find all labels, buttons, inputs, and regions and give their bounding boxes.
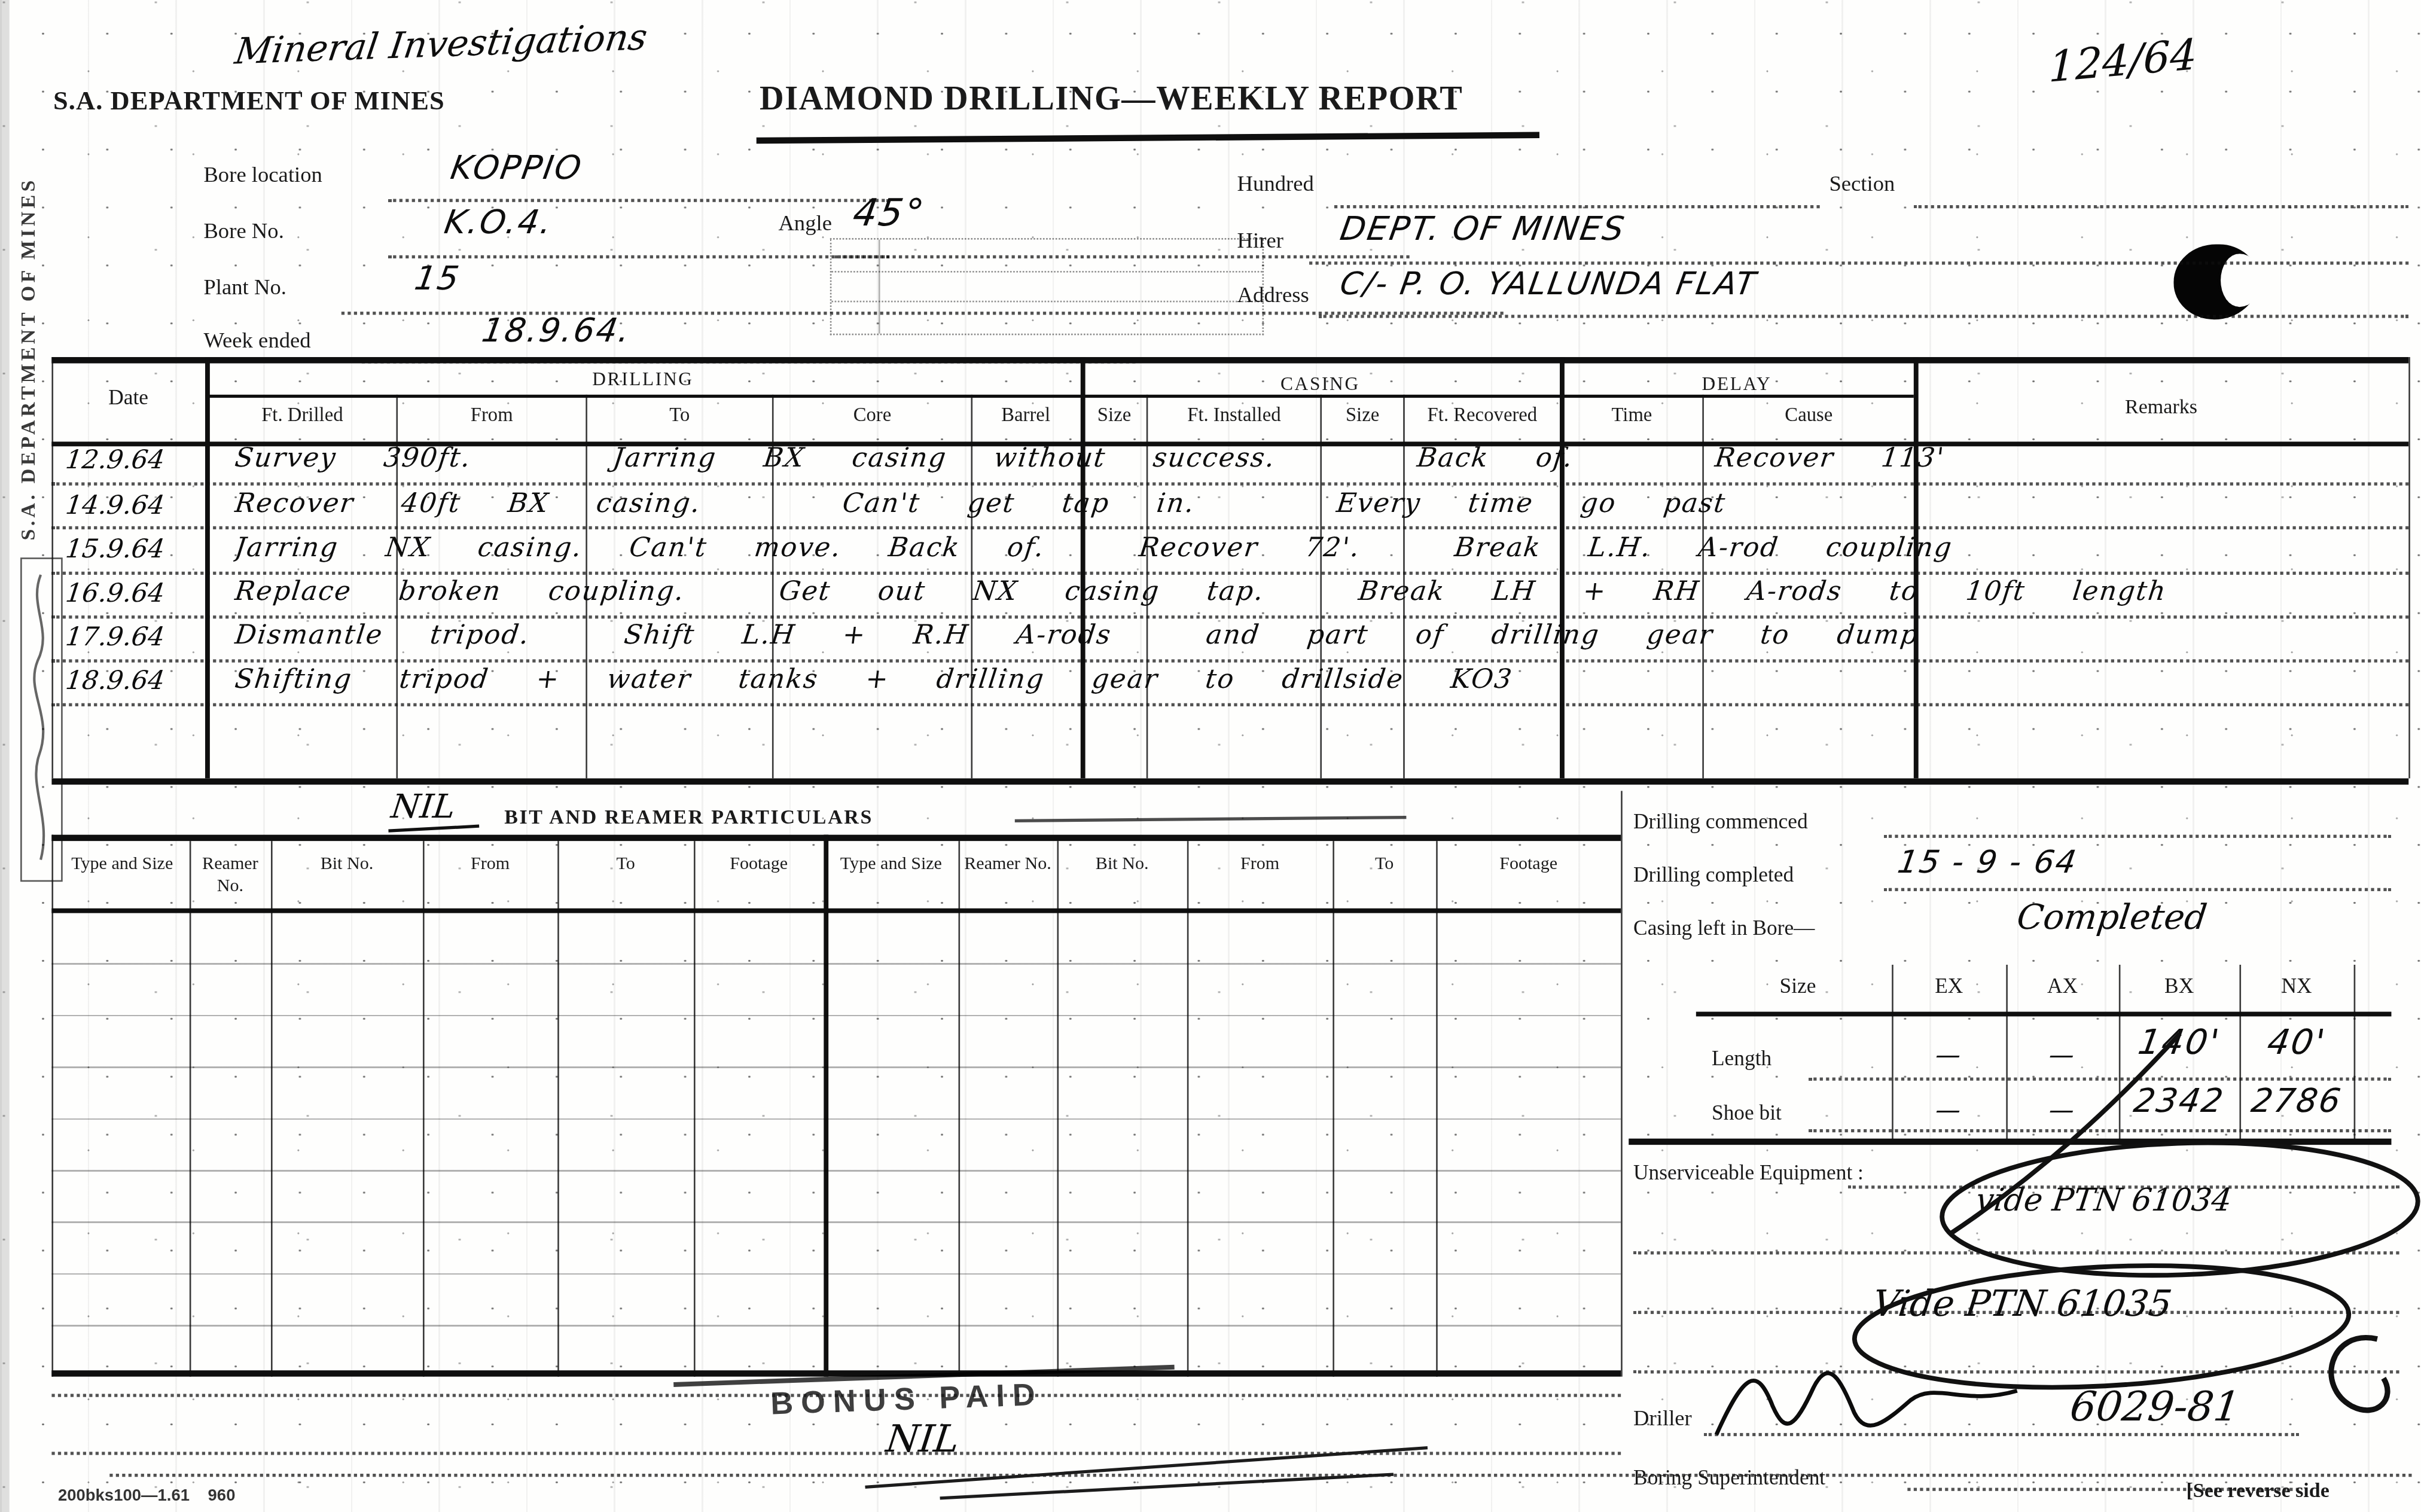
group-header-remarks: Remarks (1914, 395, 2408, 420)
bit-col-header: Reamer No. (193, 853, 268, 898)
col-header: Ft. Installed (1149, 404, 1319, 428)
bore-no-value: K.O.4. (442, 203, 556, 241)
report-number: 124/64 (2048, 31, 2197, 93)
drilling-commenced-label: Drilling commenced (1633, 810, 1808, 835)
plant-no-value: 15 (412, 260, 463, 298)
col-header: Size (1324, 404, 1402, 428)
col-header-date: Date (51, 385, 205, 410)
scan-edge-shadow (0, 0, 10, 1512)
col-header: Ft. Drilled (208, 404, 396, 428)
row-date: 18.9.64 (64, 666, 166, 696)
rule-line (1334, 205, 1820, 208)
driller-signature (1704, 1359, 2033, 1441)
nil-underline (388, 825, 479, 833)
bit-col-header: Type and Size (58, 853, 187, 876)
row-entry: Replace broken coupling. Get out NX casi… (233, 577, 2421, 608)
col-header: Cause (1706, 404, 1913, 428)
angle-label: Angle (778, 213, 832, 238)
bit-col-header: Reamer No. (962, 853, 1054, 876)
group-header-casing: CASING (1081, 373, 1560, 396)
hirer-value: DEPT. OF MINES (1337, 210, 1628, 248)
col-header: Time (1563, 404, 1700, 428)
title-underline (757, 132, 1539, 144)
angle-value: 45° (850, 191, 928, 234)
faint-grid-box (830, 238, 1264, 335)
bore-location-label: Bore location (203, 164, 322, 190)
job-number: 6029-81 (2068, 1385, 2243, 1432)
row-entry: Recover 40ft BX casing. Can't get tap in… (233, 489, 2421, 520)
rule-line (1914, 205, 2408, 208)
section-label: Section (1829, 174, 1895, 199)
week-ended-label: Week ended (203, 331, 310, 356)
vertical-department-text: S.A. DEPARTMENT OF MINES (16, 71, 41, 541)
bit-section-title: BIT AND REAMER PARTICULARS (504, 805, 873, 830)
vertical-margin-box (20, 557, 63, 882)
bit-col-header: Bit No. (1060, 853, 1184, 876)
bit-col-header: Type and Size (827, 853, 956, 876)
bit-col-header: To (1336, 853, 1433, 876)
rule-line (388, 255, 889, 258)
bore-location-value: KOPPIO (448, 149, 585, 187)
col-header: Core (775, 404, 969, 428)
bit-col-header: Bit No. (274, 853, 420, 876)
bit-col-header: To (560, 853, 690, 876)
row-entry: Shifting tripod + water tanks + drilling… (233, 664, 2421, 695)
bore-no-label: Bore No. (203, 221, 283, 246)
row-entry: Jarring NX casing. Can't move. Back of. … (233, 532, 2421, 563)
strike-line (1015, 816, 1407, 822)
row-entry: Survey 390ft. Jarring BX casing without … (233, 443, 2421, 474)
group-header-delay: DELAY (1560, 373, 1914, 396)
row-date: 12.9.64 (64, 445, 166, 475)
handwritten-annotation: Mineral Investigations (232, 18, 650, 74)
bit-col-header: Footage (697, 853, 821, 876)
boring-superintendent-label: Boring Superintendent (1633, 1466, 1825, 1491)
page-title: DIAMOND DRILLING—WEEKLY REPORT (760, 80, 1463, 119)
row-date: 14.9.64 (64, 490, 166, 520)
group-header-drilling: DRILLING (205, 368, 1081, 391)
bit-col-header: From (1190, 853, 1330, 876)
bonus-nil-value: NIL (884, 1417, 962, 1461)
col-header: Ft. Recovered (1406, 404, 1558, 428)
col-header: Barrel (974, 404, 1078, 428)
bit-nil-note: NIL (389, 788, 458, 825)
hundred-label: Hundred (1237, 174, 1314, 199)
rule-line (1319, 315, 2408, 318)
bit-body-rules (51, 913, 1621, 1371)
bit-col-header: Footage (1439, 853, 1618, 876)
row-date: 15.9.64 (64, 534, 166, 564)
address-value: C/- P. O. YALLUNDA FLAT (1337, 265, 1760, 303)
row-date: 16.9.64 (64, 578, 166, 608)
rule-line (388, 199, 889, 202)
drilling-completed-value: 15 - 9 - 64 (1895, 843, 2081, 880)
row-entry: Dismantle tripod. Shift L.H + R.H A-rods… (233, 620, 2421, 651)
plant-no-label: Plant No. (203, 277, 286, 302)
bit-col-header: From (426, 853, 554, 876)
see-reverse-note: [See reverse side (2186, 1479, 2329, 1504)
col-header: Size (1084, 404, 1145, 428)
margin-scribble (22, 559, 61, 880)
row-date: 17.9.64 (64, 622, 166, 652)
col-header: To (589, 404, 771, 428)
driller-label: Driller (1633, 1408, 1692, 1433)
department-title: S.A. DEPARTMENT OF MINES (53, 86, 445, 117)
scanned-weekly-report: S.A. DEPARTMENT OF MINES Mineral Investi… (0, 0, 2421, 1512)
week-ended-value: 18.9.64. (480, 312, 634, 349)
printer-imprint: 200bks100—1.61 960 (58, 1486, 236, 1505)
col-header: From (400, 404, 584, 428)
